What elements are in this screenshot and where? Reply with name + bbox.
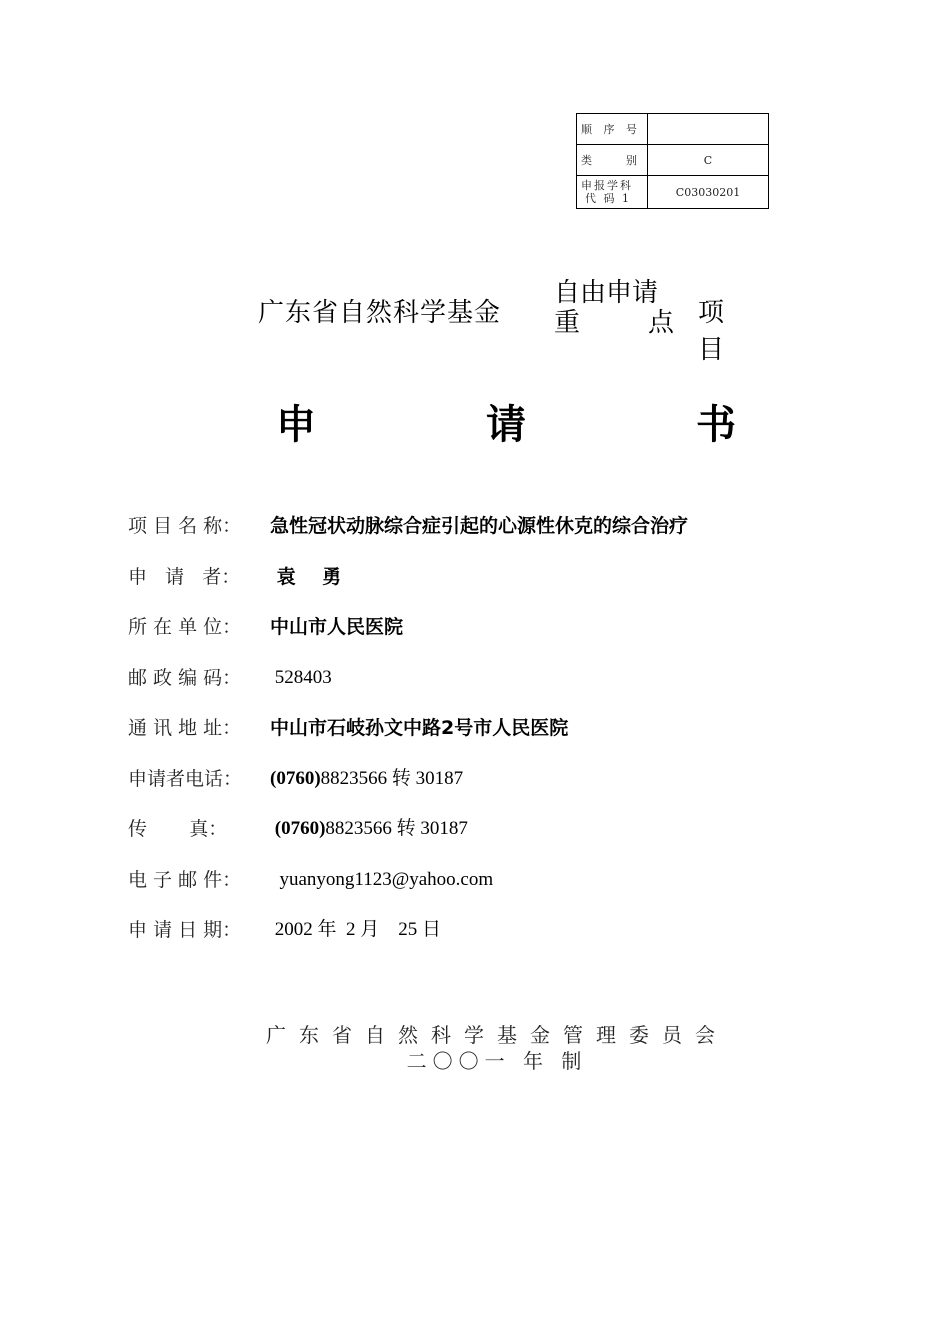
document-heading: 广东省自然科学基金 自由申请 重 点 项 目 — [258, 278, 778, 340]
serial-number-label: 顺 序 号 — [577, 114, 648, 145]
title-char-1: 申 — [276, 393, 316, 450]
discipline-code-label: 申报学科 代 码 1 — [577, 176, 648, 209]
code-table: 顺 序 号 类 别 C 申报学科 代 码 1 C03030201 — [576, 113, 769, 209]
field-fax: 传 真： (0760)8823566 转 30187 — [128, 815, 688, 866]
application-fields: 项 目 名 称： 急性冠状动脉综合症引起的心源性休克的综合治疗 申 请 者： 袁… — [128, 512, 688, 967]
discipline-code-label-line1: 申报学科 — [581, 179, 643, 192]
field-phone: 申请者电话： (0760)8823566 转 30187 — [128, 765, 688, 816]
category-label: 类 别 — [577, 145, 648, 176]
postal-code-label: 邮 政 编 码： — [128, 664, 270, 692]
heading-suffix: 项 目 — [698, 292, 778, 366]
code-row-discipline: 申报学科 代 码 1 C03030201 — [577, 176, 769, 209]
discipline-code-value: C03030201 — [648, 176, 769, 209]
field-date: 申 请 日 期： 2002 年 2 月 25 日 — [128, 916, 688, 967]
field-project-name: 项 目 名 称： 急性冠状动脉综合症引起的心源性休克的综合治疗 — [128, 512, 688, 563]
title-char-2: 请 — [486, 393, 526, 450]
heading-type-line2-right: 点 — [648, 308, 674, 338]
project-name-value: 急性冠状动脉综合症引起的心源性休克的综合治疗 — [270, 512, 688, 540]
phone-label: 申请者电话： — [128, 765, 270, 793]
application-title: 申 请 书 — [276, 393, 736, 450]
address-label: 通 讯 地 址： — [128, 714, 270, 742]
applicant-value: 袁 勇 — [270, 563, 341, 591]
code-row-serial: 顺 序 号 — [577, 114, 769, 145]
institution-label: 所 在 单 位： — [128, 613, 270, 641]
heading-foundation: 广东省自然科学基金 — [258, 292, 501, 329]
fax-number: 8823566 转 30187 — [325, 818, 468, 839]
category-value: C — [648, 145, 769, 176]
fax-value: (0760)8823566 转 30187 — [270, 815, 468, 843]
phone-area-code: (0760) — [270, 768, 321, 789]
date-value: 2002 年 2 月 25 日 — [270, 916, 441, 944]
footer-year: 二〇〇一 年 制 — [0, 1048, 950, 1074]
field-address: 通 讯 地 址： 中山市石岐孙文中路2号市人民医院 — [128, 714, 688, 765]
phone-number: 8823566 转 30187 — [321, 768, 464, 789]
postal-code-value: 528403 — [270, 664, 332, 692]
applicant-label: 申 请 者： — [128, 563, 270, 591]
heading-type-line2: 重 点 — [554, 308, 674, 338]
fax-label: 传 真： — [128, 815, 270, 843]
heading-type-line2-left: 重 — [554, 308, 580, 338]
heading-type-line1: 自由申请 — [554, 278, 674, 308]
field-email: 电 子 邮 件： yuanyong1123@yahoo.com — [128, 866, 688, 917]
email-label: 电 子 邮 件： — [128, 866, 270, 894]
field-applicant: 申 请 者： 袁 勇 — [128, 563, 688, 614]
address-value: 中山市石岐孙文中路2号市人民医院 — [270, 714, 568, 742]
heading-project-type: 自由申请 重 点 — [554, 278, 674, 338]
serial-number-value — [648, 114, 769, 145]
institution-value: 中山市人民医院 — [270, 613, 403, 641]
discipline-code-label-line2: 代 码 1 — [581, 192, 643, 205]
field-institution: 所 在 单 位： 中山市人民医院 — [128, 613, 688, 664]
code-row-category: 类 别 C — [577, 145, 769, 176]
project-name-label: 项 目 名 称： — [128, 512, 270, 540]
fax-area-code: (0760) — [270, 818, 325, 839]
field-postal-code: 邮 政 编 码： 528403 — [128, 664, 688, 715]
phone-value: (0760)8823566 转 30187 — [270, 765, 463, 793]
date-label: 申 请 日 期： — [128, 916, 270, 944]
footer: 广东省自然科学基金管理委员会 二〇〇一 年 制 — [0, 1022, 950, 1074]
footer-organization: 广东省自然科学基金管理委员会 — [0, 1022, 950, 1048]
email-value: yuanyong1123@yahoo.com — [270, 866, 493, 894]
title-char-3: 书 — [696, 393, 736, 450]
